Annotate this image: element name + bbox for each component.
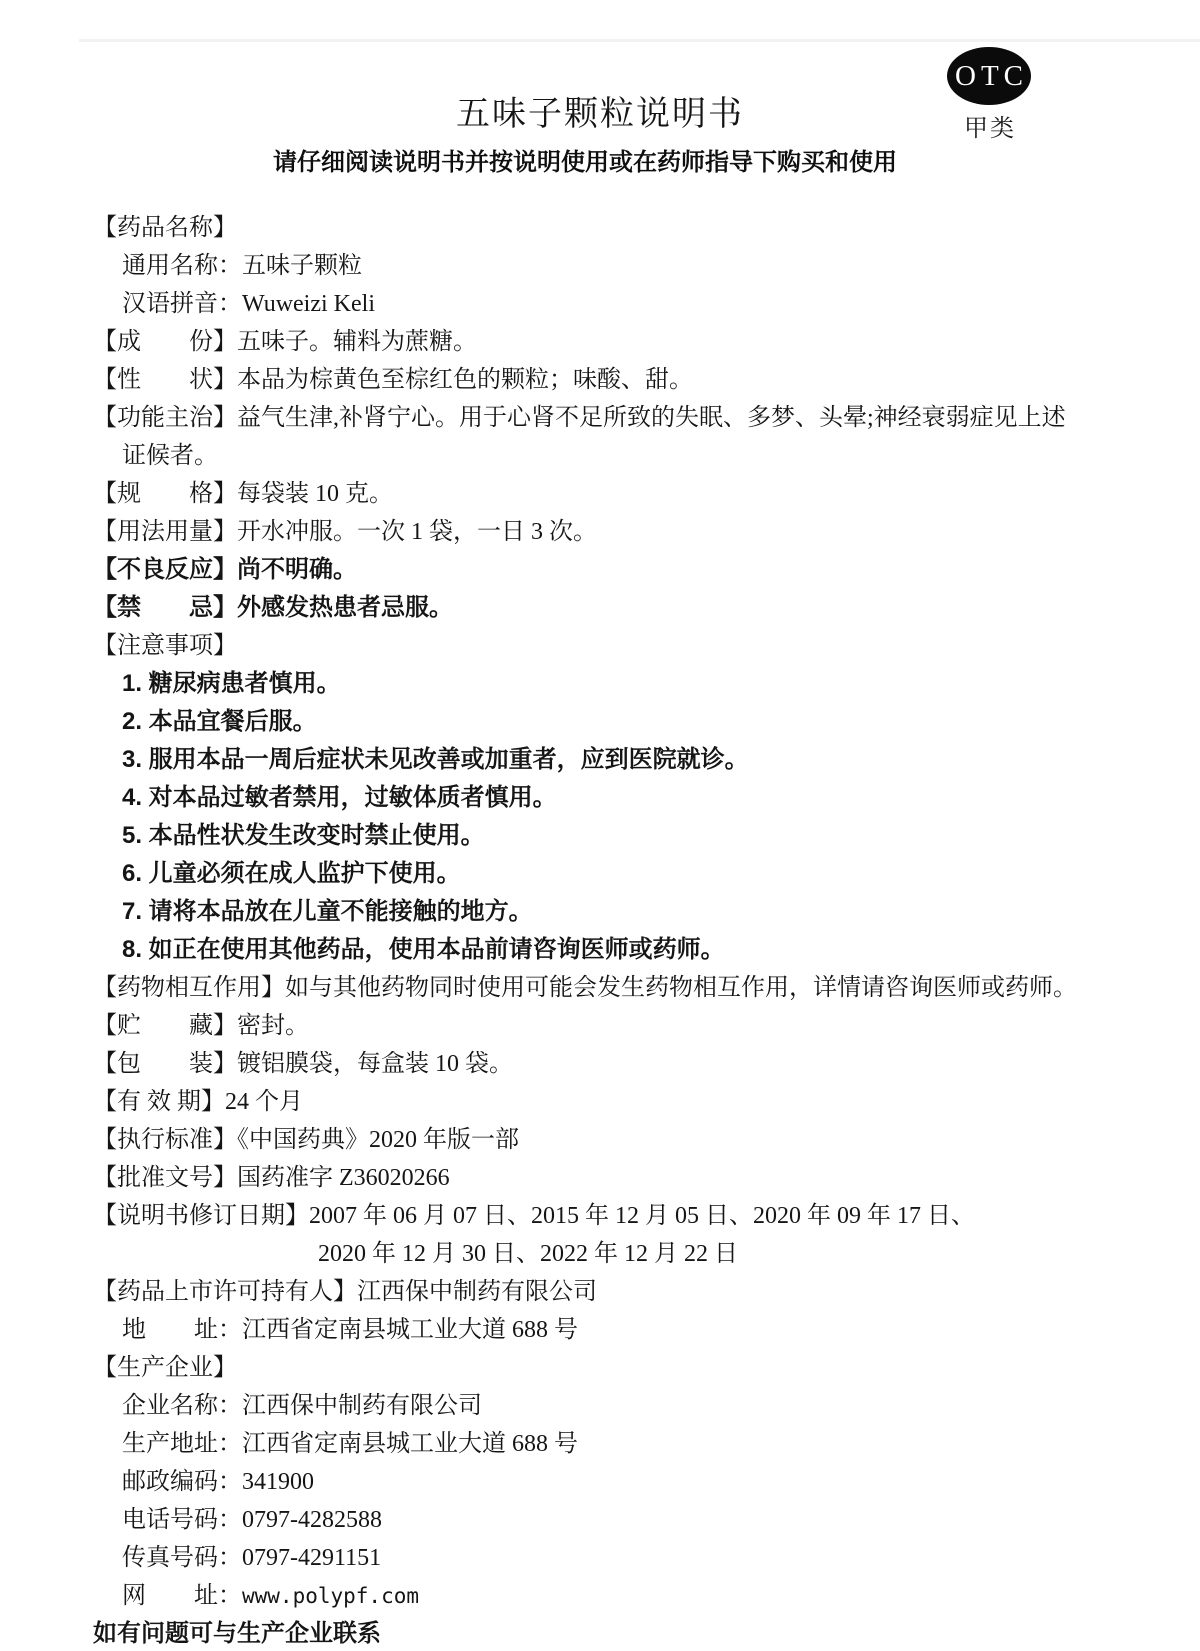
section-drug-interactions: 【药物相互作用】如与其他药物同时使用可能会发生药物相互作用，详情请咨询医师或药师… bbox=[93, 969, 1153, 1007]
section-standard: 【执行标准】《中国药典》2020 年版一部 bbox=[93, 1121, 1153, 1159]
section-validity: 【有 效 期】24 个月 bbox=[93, 1083, 1153, 1121]
section-adverse-reactions: 【不良反应】尚不明确。 bbox=[93, 551, 1153, 589]
revision-date-cont-text: 2020 年 12 月 30 日、2022 年 12 月 22 日 bbox=[318, 1241, 738, 1267]
revision-date-cont: 2020 年 12 月 30 日、2022 年 12 月 22 日 bbox=[93, 1235, 1153, 1273]
generic-name: 通用名称：五味子颗粒 bbox=[93, 247, 1153, 285]
postal-code: 邮政编码：341900 bbox=[93, 1463, 1153, 1501]
section-contraindications-text: 外感发热患者忌服。 bbox=[237, 594, 453, 621]
website-text: www.polypf.com bbox=[242, 1584, 419, 1608]
section-approval-number-text: 【批准文号】国药准字 Z36020266 bbox=[93, 1165, 450, 1191]
precaution-item-2-text: 2. 本品宜餐后服。 bbox=[122, 708, 317, 735]
precaution-item-3: 3. 服用本品一周后症状未见改善或加重者，应到医院就诊。 bbox=[93, 741, 1153, 779]
precaution-item-2: 2. 本品宜餐后服。 bbox=[93, 703, 1153, 741]
precaution-item-1: 1. 糖尿病患者慎用。 bbox=[93, 665, 1153, 703]
precaution-item-7-text: 7. 请将本品放在儿童不能接触的地方。 bbox=[122, 898, 533, 925]
section-approval-number: 【批准文号】国药准字 Z36020266 bbox=[93, 1159, 1153, 1197]
section-description: 【性 状】本品为棕黄色至棕红色的颗粒；味酸、甜。 bbox=[93, 361, 1153, 399]
body-lines: 【药品名称】通用名称：五味子颗粒汉语拼音：Wuweizi Keli【成 份】五味… bbox=[93, 209, 1153, 1651]
section-license-holder-text: 【药品上市许可持有人】江西保中制药有限公司 bbox=[93, 1279, 597, 1305]
page-subtitle: 请仔细阅读说明书并按说明使用或在药师指导下购买和使用 bbox=[0, 142, 1170, 177]
contact-note: 如有问题可与生产企业联系 bbox=[93, 1615, 1153, 1651]
manufacturer-name: 企业名称：江西保中制药有限公司 bbox=[93, 1387, 1153, 1425]
phone-number-text: 电话号码：0797-4282588 bbox=[122, 1507, 382, 1533]
fax-number-text: 传真号码：0797-4291151 bbox=[122, 1545, 381, 1571]
section-ingredients: 【成 份】五味子。辅料为蔗糖。 bbox=[93, 323, 1153, 361]
pinyin-name: 汉语拼音：Wuweizi Keli bbox=[93, 285, 1153, 323]
section-drug-name-text: 【药品名称】 bbox=[93, 215, 237, 241]
precaution-item-5: 5. 本品性状发生改变时禁止使用。 bbox=[93, 817, 1153, 855]
page-title: 五味子颗粒说明书 bbox=[0, 86, 1200, 135]
section-packaging: 【包 装】镀铝膜袋，每盒装 10 袋。 bbox=[93, 1045, 1153, 1083]
section-dosage: 【用法用量】开水冲服。一次 1 袋，一日 3 次。 bbox=[93, 513, 1153, 551]
section-indications: 【功能主治】益气生津,补肾宁心。用于心肾不足所致的失眠、多梦、头晕;神经衰弱症见… bbox=[93, 399, 1153, 437]
section-revision-date-text: 【说明书修订日期】2007 年 06 月 07 日、2015 年 12 月 05… bbox=[93, 1203, 975, 1229]
manufacturer-address-text: 生产地址：江西省定南县城工业大道 688 号 bbox=[122, 1431, 578, 1457]
section-packaging-text: 【包 装】镀铝膜袋，每盒装 10 袋。 bbox=[93, 1051, 513, 1077]
section-precautions: 【注意事项】 bbox=[93, 627, 1153, 665]
section-manufacturer: 【生产企业】 bbox=[93, 1349, 1153, 1387]
section-revision-date: 【说明书修订日期】2007 年 06 月 07 日、2015 年 12 月 05… bbox=[93, 1197, 1153, 1235]
precaution-item-5-text: 5. 本品性状发生改变时禁止使用。 bbox=[122, 822, 485, 849]
drug-leaflet-page: OTC 甲类 五味子颗粒说明书 请仔细阅读说明书并按说明使用或在药师指导下购买和… bbox=[0, 0, 1200, 1651]
precaution-item-4-text: 4. 对本品过敏者禁用，过敏体质者慎用。 bbox=[122, 784, 557, 811]
precaution-item-3-text: 3. 服用本品一周后症状未见改善或加重者，应到医院就诊。 bbox=[122, 746, 749, 773]
section-indications-cont-text: 证候者。 bbox=[122, 443, 218, 469]
section-license-holder: 【药品上市许可持有人】江西保中制药有限公司 bbox=[93, 1273, 1153, 1311]
section-indications-text: 【功能主治】益气生津,补肾宁心。用于心肾不足所致的失眠、多梦、头晕;神经衰弱症见… bbox=[93, 405, 1066, 431]
top-divider-rule bbox=[79, 39, 1200, 42]
precaution-item-1-text: 1. 糖尿病患者慎用。 bbox=[122, 670, 341, 697]
section-ingredients-text: 【成 份】五味子。辅料为蔗糖。 bbox=[93, 329, 477, 355]
precaution-item-7: 7. 请将本品放在儿童不能接触的地方。 bbox=[93, 893, 1153, 931]
postal-code-text: 邮政编码：341900 bbox=[122, 1469, 314, 1495]
section-spec-text: 【规 格】每袋装 10 克。 bbox=[93, 481, 393, 507]
section-adverse-reactions-text: 【不良反应】尚不明确。 bbox=[93, 557, 357, 583]
section-drug-interactions-text: 【药物相互作用】如与其他药物同时使用可能会发生药物相互作用，详情请咨询医师或药师… bbox=[93, 975, 1077, 1001]
section-storage: 【贮 藏】密封。 bbox=[93, 1007, 1153, 1045]
pinyin-name-text: 汉语拼音：Wuweizi Keli bbox=[122, 291, 375, 317]
precaution-item-8: 8. 如正在使用其他药品，使用本品前请咨询医师或药师。 bbox=[93, 931, 1153, 969]
section-manufacturer-text: 【生产企业】 bbox=[93, 1355, 237, 1381]
license-holder-address-text: 地 址：江西省定南县城工业大道 688 号 bbox=[122, 1317, 578, 1343]
manufacturer-name-text: 企业名称：江西保中制药有限公司 bbox=[122, 1393, 482, 1419]
license-holder-address: 地 址：江西省定南县城工业大道 688 号 bbox=[93, 1311, 1153, 1349]
precaution-item-6-text: 6. 儿童必须在成人监护下使用。 bbox=[122, 860, 461, 887]
precaution-item-6: 6. 儿童必须在成人监护下使用。 bbox=[93, 855, 1153, 893]
website: 网 址：www.polypf.com bbox=[93, 1577, 1153, 1615]
section-indications-cont: 证候者。 bbox=[93, 437, 1153, 475]
section-dosage-text: 【用法用量】开水冲服。一次 1 袋，一日 3 次。 bbox=[93, 519, 597, 545]
section-contraindications-text: 【禁 忌】 bbox=[93, 595, 237, 621]
website-text: 网 址： bbox=[122, 1583, 242, 1609]
section-drug-name: 【药品名称】 bbox=[93, 209, 1153, 247]
section-standard-text: 【执行标准】《中国药典》2020 年版一部 bbox=[93, 1127, 519, 1153]
section-storage-text: 【贮 藏】密封。 bbox=[93, 1013, 309, 1039]
generic-name-text: 通用名称：五味子颗粒 bbox=[122, 253, 362, 279]
fax-number: 传真号码：0797-4291151 bbox=[93, 1539, 1153, 1577]
section-description-text: 【性 状】本品为棕黄色至棕红色的颗粒；味酸、甜。 bbox=[93, 367, 693, 393]
phone-number: 电话号码：0797-4282588 bbox=[93, 1501, 1153, 1539]
section-precautions-text: 【注意事项】 bbox=[93, 633, 237, 659]
section-validity-text: 【有 效 期】24 个月 bbox=[93, 1089, 303, 1115]
contact-note-text: 如有问题可与生产企业联系 bbox=[93, 1620, 381, 1647]
manufacturer-address: 生产地址：江西省定南县城工业大道 688 号 bbox=[93, 1425, 1153, 1463]
precaution-item-4: 4. 对本品过敏者禁用，过敏体质者慎用。 bbox=[93, 779, 1153, 817]
section-contraindications: 【禁 忌】外感发热患者忌服。 bbox=[93, 589, 1153, 627]
section-spec: 【规 格】每袋装 10 克。 bbox=[93, 475, 1153, 513]
precaution-item-8-text: 8. 如正在使用其他药品，使用本品前请咨询医师或药师。 bbox=[122, 936, 725, 963]
